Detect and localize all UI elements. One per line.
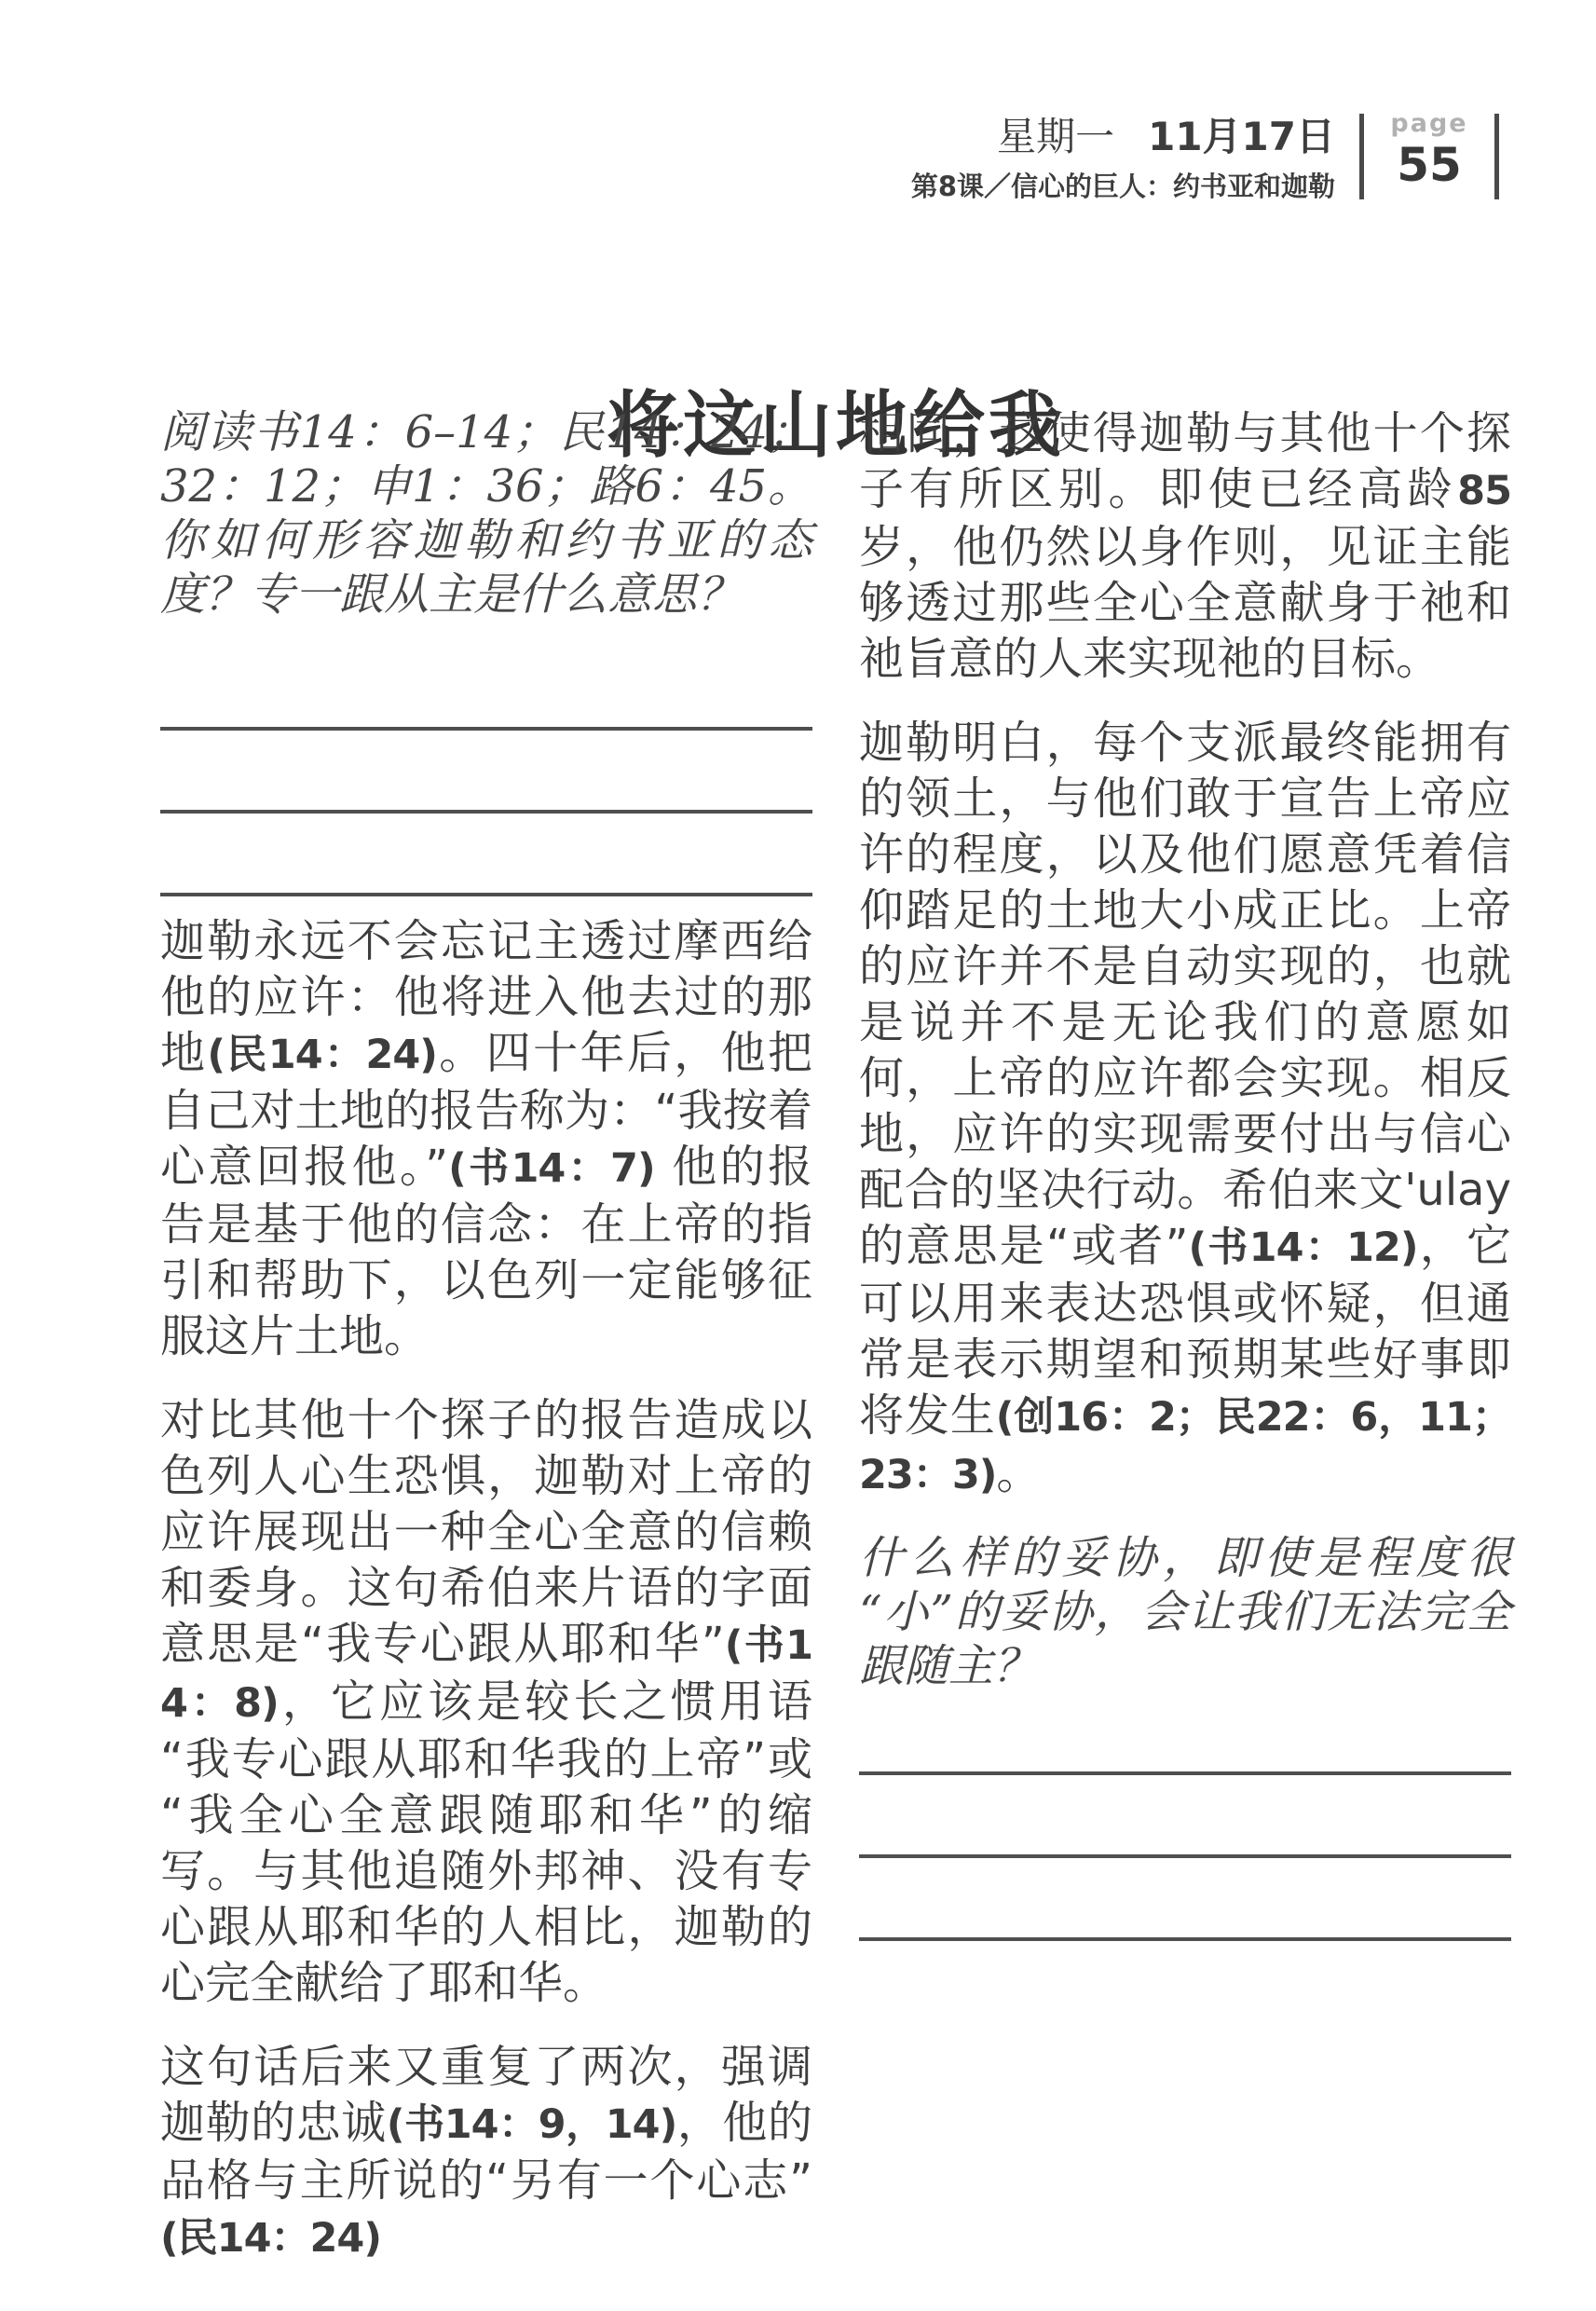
right-writing-lines <box>859 1692 1511 1941</box>
scripture-ref: 85 <box>1457 468 1511 514</box>
header-divider-right <box>1494 114 1499 199</box>
writing-line <box>859 1692 1511 1775</box>
lesson-title-line: 第8课／信心的巨人：约书亚和迦勒 <box>911 166 1335 204</box>
paragraph: 相同，这使得迦勒与其他十个探子有所区别。即使已经高龄85岁，他仍然以身作则，见证… <box>859 405 1511 687</box>
scripture-ref: (书14：7) <box>448 1145 655 1192</box>
writing-line <box>859 1775 1511 1858</box>
header-date-line: 星期一11月17日 <box>911 116 1335 158</box>
page-number-block: page 55 <box>1364 110 1494 190</box>
left-writing-lines <box>160 648 812 896</box>
scripture-ref: (民14：24) <box>207 1032 437 1078</box>
paragraph: 迦勒永远不会忘记主透过摩西给他的应许：他将进入他去过的那地(民14：24)。四十… <box>160 913 812 1364</box>
booklet-page: 星期一11月17日 第8课／信心的巨人：约书亚和迦勒 page 55 将这山地给… <box>0 0 1596 2311</box>
right-column: 相同，这使得迦勒与其他十个探子有所区别。即使已经高龄85岁，他仍然以身作则，见证… <box>859 405 1511 1941</box>
scripture-ref: (创16：2；民22：6，11；23：3) <box>859 1394 1511 1498</box>
date-label: 11月17日 <box>1148 114 1335 159</box>
left-intro-paragraphs: 阅读书14：6–14；民14：24；32：12；申1：36；路6：45。你如何形… <box>160 405 812 622</box>
paragraph: 这句话后来又重复了两次，强调迦勒的忠诚(书14：9，14)，他的品格与主所说的“… <box>160 2039 812 2266</box>
paragraph: 迦勒明白，每个支派最终能拥有的领土，与他们敢于宣告上帝应许的程度，以及他们愿意凭… <box>859 715 1511 1503</box>
page-label: page <box>1364 110 1494 138</box>
right-body-paragraphs: 相同，这使得迦勒与其他十个探子有所区别。即使已经高龄85岁，他仍然以身作则，见证… <box>859 405 1511 1693</box>
writing-line <box>160 814 812 896</box>
paragraph: 对比其他十个探子的报告造成以色列人心生恐惧，迦勒对上帝的应许展现出一种全心全意的… <box>160 1392 812 2011</box>
writing-line <box>859 1858 1511 1941</box>
question-paragraph: 阅读书14：6–14；民14：24；32：12；申1：36；路6：45。你如何形… <box>160 405 812 622</box>
scripture-ref: (书14：12) <box>1189 1224 1418 1271</box>
scripture-ref: (书14：8) <box>160 1622 812 1727</box>
question-paragraph: 什么样的妥协，即使是程度很“小”的妥协，会让我们无法完全跟随主？ <box>859 1531 1511 1693</box>
scripture-ref: (书14：9，14) <box>387 2101 676 2148</box>
scripture-ref: (民14：24) <box>160 2215 381 2262</box>
page-number: 55 <box>1364 140 1494 190</box>
writing-line <box>160 731 812 814</box>
left-column: 阅读书14：6–14；民14：24；32：12；申1：36；路6：45。你如何形… <box>160 405 812 2294</box>
weekday-label: 星期一 <box>997 114 1114 159</box>
left-body-paragraphs: 迦勒永远不会忘记主透过摩西给他的应许：他将进入他去过的那地(民14：24)。四十… <box>160 913 812 2266</box>
page-header: 星期一11月17日 第8课／信心的巨人：约书亚和迦勒 <box>911 116 1335 204</box>
writing-line <box>160 648 812 731</box>
